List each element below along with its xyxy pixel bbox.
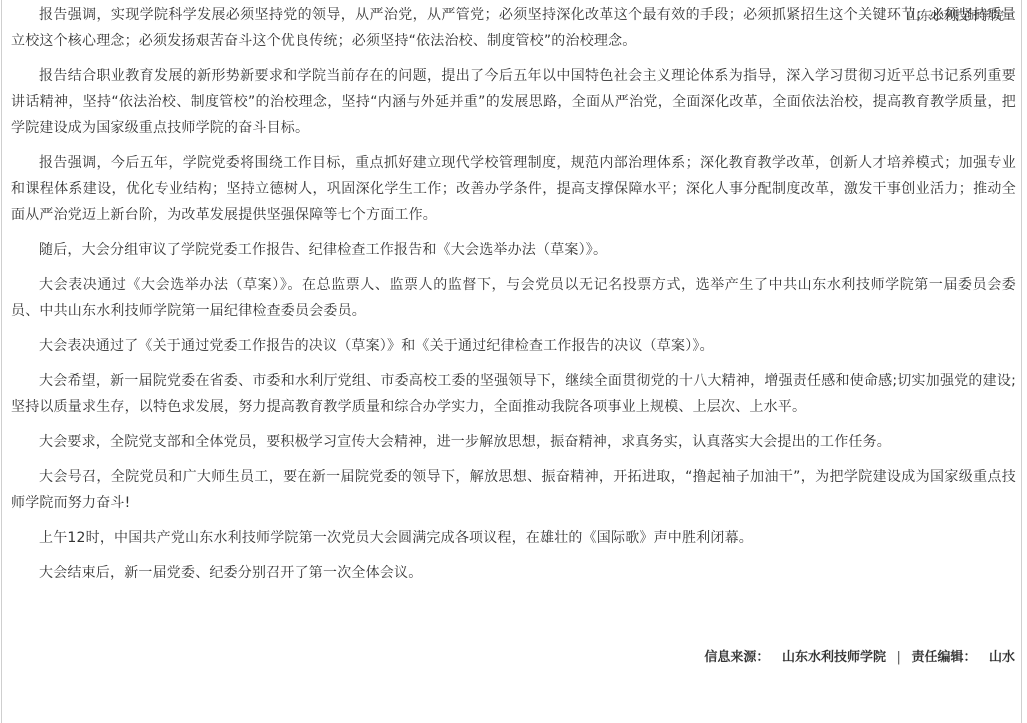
editor-label: 责任编辑： bbox=[911, 646, 976, 665]
article-footer: 信息来源： 山东水利技师学院 | 责任编辑： 山水 bbox=[704, 646, 1015, 665]
paragraph: 报告强调，实现学院科学发展必须坚持党的领导，从严治党，从严管党；必须坚持深化改革… bbox=[11, 2, 1016, 54]
paragraph: 大会要求，全院党支部和全体党员，要积极学习宣传大会精神，进一步解放思想，振奋精神… bbox=[11, 429, 1016, 455]
paragraph: 大会结束后，新一届党委、纪委分别召开了第一次全体会议。 bbox=[11, 560, 1016, 586]
paragraph: 大会号召，全院党员和广大师生员工，要在新一届院党委的领导下，解放思想、振奋精神，… bbox=[11, 464, 1016, 516]
paragraph: 大会希望，新一届院党委在省委、市委和水利厅党组、市委高校工委的坚强领导下，继续全… bbox=[11, 368, 1016, 420]
paragraph: 随后，大会分组审议了学院党委工作报告、纪律检查工作报告和《大会选举办法（草案）》… bbox=[11, 237, 1016, 263]
source-value: 山东水利技师学院 bbox=[782, 646, 886, 665]
paragraph: 报告结合职业教育发展的新形势新要求和学院当前存在的问题，提出了今后五年以中国特色… bbox=[11, 63, 1016, 141]
paragraph: 上午12时，中国共产党山东水利技师学院第一次党员大会圆满完成各项议程，在雄壮的《… bbox=[11, 525, 1016, 551]
paragraph: 大会表决通过了《关于通过党委工作报告的决议（草案）》和《关于通过纪律检查工作报告… bbox=[11, 333, 1016, 359]
paragraph: 报告强调，今后五年，学院党委将围绕工作目标，重点抓好建立现代学校管理制度，规范内… bbox=[11, 150, 1016, 228]
paragraph: 大会表决通过《大会选举办法（草案）》。在总监票人、监票人的监督下，与会党员以无记… bbox=[11, 272, 1016, 324]
watermark-text: 山东水利技师学院 bbox=[907, 5, 1003, 24]
footer-separator: | bbox=[897, 650, 901, 665]
article-body: 报告强调，实现学院科学发展必须坚持党的领导，从严治党，从严管党；必须坚持深化改革… bbox=[11, 2, 1016, 595]
source-label: 信息来源： bbox=[704, 646, 769, 665]
editor-value: 山水 bbox=[989, 646, 1015, 665]
